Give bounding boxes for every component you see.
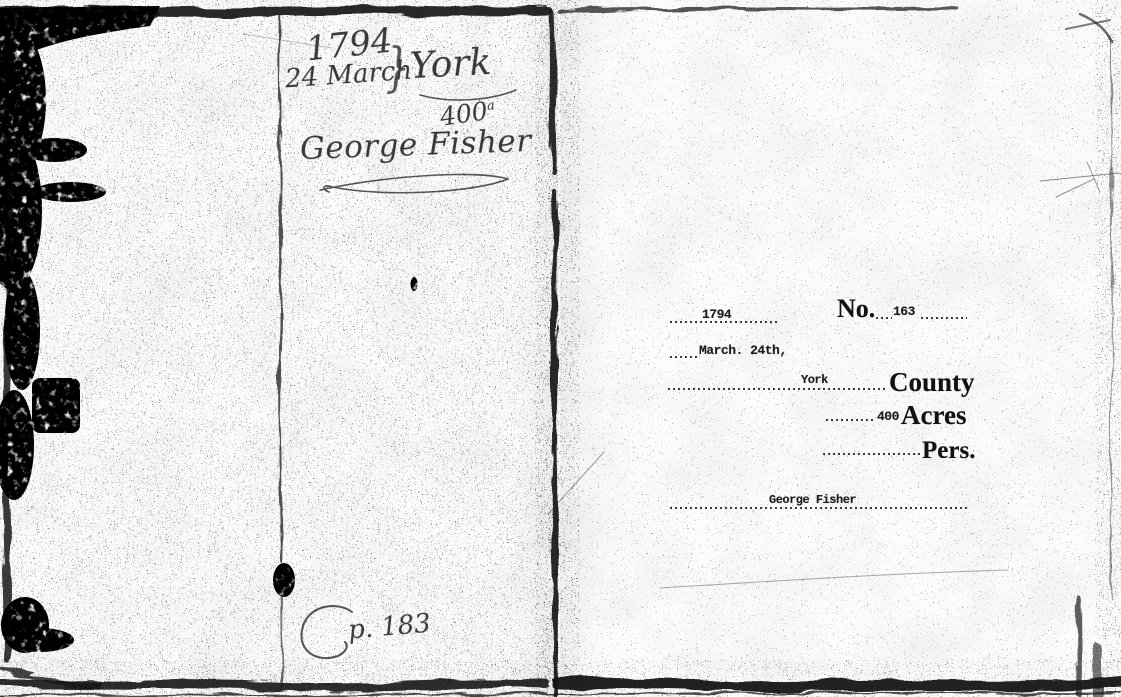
name-flourish-curl	[324, 186, 332, 192]
brace-mark: }	[384, 41, 410, 94]
form-no-value: 163	[893, 305, 915, 318]
no-dotted-line-b	[921, 317, 967, 319]
spine-shadow-right	[560, 0, 606, 697]
right-edge-line	[1111, 36, 1112, 600]
form-acres-label: Acres	[901, 402, 966, 429]
scratches	[243, 14, 1119, 588]
c-flourish	[301, 606, 352, 658]
form-acres-value: 400	[877, 410, 899, 423]
handwritten-county: York	[409, 45, 492, 85]
form-county-value: York	[801, 374, 828, 386]
name-flourish-return	[332, 179, 508, 193]
county-dotted-line	[668, 388, 888, 390]
handwritten-name: George Fisher	[300, 126, 533, 165]
name-flourish	[320, 175, 508, 190]
form-county-label: County	[889, 369, 975, 396]
spine-shadow-left	[512, 0, 558, 697]
acres-dotted-line	[826, 419, 876, 421]
scanned-document: 1794 24 March } York 400a George Fisher …	[0, 0, 1121, 697]
form-date-value: March. 24th,	[699, 344, 787, 357]
left-edge-crease	[5, 28, 8, 662]
pers-dotted-line	[823, 453, 921, 455]
date-dotted-line	[670, 356, 698, 358]
form-pers-label: Pers.	[922, 438, 975, 463]
small-ink-speck	[411, 277, 418, 291]
name-dotted-line	[670, 507, 970, 509]
ink-smudges	[0, 6, 418, 653]
handwritten-acres-superscript: a	[486, 98, 496, 114]
fold-hole-blob	[273, 563, 295, 597]
form-year-value: 1794	[702, 308, 731, 321]
form-no-label: No.	[837, 296, 875, 322]
fold-crease	[279, 16, 281, 562]
fold-and-spine-lines	[5, 14, 1112, 696]
no-dotted-line-a	[876, 317, 892, 319]
form-name-value: George Fisher	[769, 494, 856, 506]
handwritten-page-ref: p. 183	[347, 610, 432, 643]
